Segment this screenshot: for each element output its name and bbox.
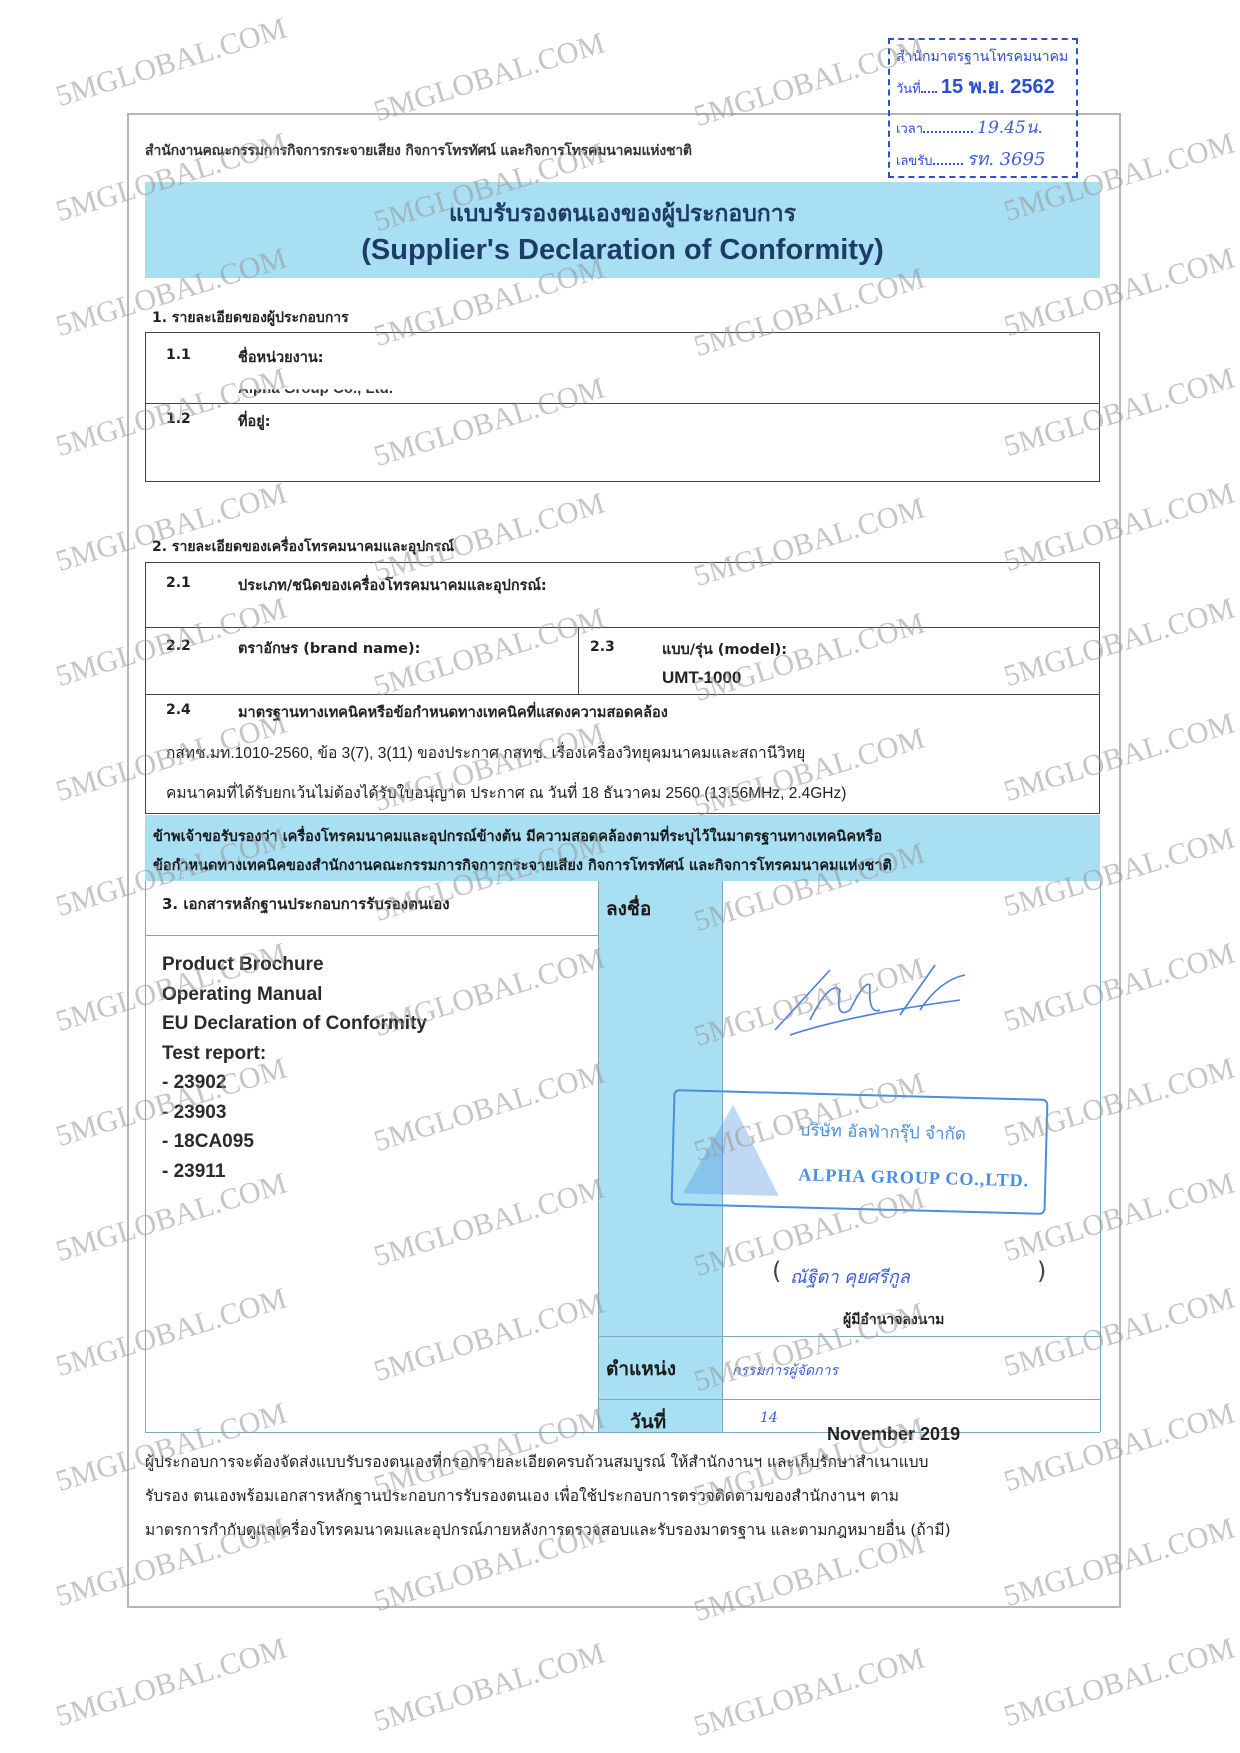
document-item: - 23903 xyxy=(162,1098,427,1128)
divider xyxy=(598,1336,1100,1337)
divider xyxy=(145,627,1100,628)
receipt-number-label: เลขรับ xyxy=(896,154,933,169)
document-item: Test report: xyxy=(162,1039,427,1069)
section2-table xyxy=(145,562,1100,814)
receipt-stamp-header: สำนักมาตรฐานโทรคมนาคม xyxy=(896,46,1068,68)
position-label: ตำแหน่ง xyxy=(606,1354,676,1384)
model-value: UMT-1000 xyxy=(662,668,741,688)
item-1-2-label: ที่อยู่: xyxy=(238,410,271,433)
divider xyxy=(145,935,598,936)
date-label: วันที่ xyxy=(630,1407,666,1437)
standard-line-2: คมนาคมที่ได้รับยกเว้นไม่ต้องได้รับใบอนุญ… xyxy=(166,780,846,805)
watermark: 5MGLOBAL.COM xyxy=(1000,1632,1239,1734)
supporting-documents-list: Product Brochure Operating Manual EU Dec… xyxy=(162,950,427,1186)
item-2-2-label: ตราอักษร (brand name): xyxy=(238,637,420,660)
divider xyxy=(598,1399,1100,1400)
declaration-band: ข้าพเจ้าขอรับรองว่า เครื่องโทรคมนาคมและอ… xyxy=(145,815,1100,881)
authorized-signatory-label: ผู้มีอำนาจลงนาม xyxy=(843,1309,944,1331)
watermark: 5MGLOBAL.COM xyxy=(52,1632,291,1734)
item-2-1-number: 2.1 xyxy=(166,575,191,591)
divider xyxy=(145,881,146,1432)
divider xyxy=(578,627,579,694)
document-item: - 23902 xyxy=(162,1068,427,1098)
company-stamp-english: ALPHA GROUP CO.,LTD. xyxy=(798,1164,1029,1191)
divider xyxy=(145,403,1100,404)
watermark: 5MGLOBAL.COM xyxy=(52,12,291,114)
receipt-stamp: สำนักมาตรฐานโทรคมนาคม วันที่ 15 พ.ย. 256… xyxy=(888,38,1078,178)
footer-line-1: ผู้ประกอบการจะต้องจัดส่งแบบรับรองตนเองที… xyxy=(145,1445,1100,1479)
footer-line-2: รับรอง ตนเองพร้อมเอกสารหลักฐานประกอบการร… xyxy=(145,1479,1100,1513)
item-2-1-label: ประเภท/ชนิดของเครื่องโทรคมนาคมและอุปกรณ์… xyxy=(238,574,547,597)
declaration-line-1: ข้าพเจ้าขอรับรองว่า เครื่องโทรคมนาคมและอ… xyxy=(153,825,882,848)
section3-heading: 3. เอกสารหลักฐานประกอบการรับรองตนเอง xyxy=(162,892,450,916)
document-item: - 18CA095 xyxy=(162,1127,427,1157)
watermark: 5MGLOBAL.COM xyxy=(690,1642,929,1744)
item-1-1-number: 1.1 xyxy=(166,347,191,363)
receipt-time-value: 19.45น. xyxy=(977,118,1043,138)
date-day: 14 xyxy=(760,1410,778,1426)
item-2-3-number: 2.3 xyxy=(590,639,615,655)
item-2-4-number: 2.4 xyxy=(166,702,191,718)
receipt-date-label: วันที่ xyxy=(896,82,921,97)
close-paren: ) xyxy=(1037,1257,1046,1285)
date-month-year: November 2019 xyxy=(827,1424,960,1445)
watermark: 5MGLOBAL.COM xyxy=(370,1637,609,1739)
document-item: - 23911 xyxy=(162,1157,427,1187)
section2-heading: 2. รายละเอียดของเครื่องโทรคมนาคมและอุปกร… xyxy=(152,536,454,558)
document-item: Product Brochure xyxy=(162,950,427,980)
document-item: Operating Manual xyxy=(162,980,427,1010)
agency-header: สำนักงานคณะกรรมการกิจการกระจายเสียง กิจก… xyxy=(145,140,692,162)
footer-line-3: มาตรการกำกับดูแลเครื่องโทรคมนาคมและอุปกร… xyxy=(145,1513,1100,1547)
declaration-line-2: ข้อกำหนดทางเทคนิคของสำนักงานคณะกรรมการกิ… xyxy=(153,854,892,877)
divider xyxy=(145,694,1100,695)
receipt-number-value: รท. 3695 xyxy=(967,149,1046,170)
item-1-2-number: 1.2 xyxy=(166,411,191,427)
shell-logo-icon xyxy=(683,1103,781,1195)
standard-line-1: กสทช.มท.1010-2560, ข้อ 3(7), 3(11) ของปร… xyxy=(166,740,805,765)
receipt-time-label: เวลา xyxy=(896,122,923,137)
divider xyxy=(598,881,599,1432)
document-item: EU Declaration of Conformity xyxy=(162,1009,427,1039)
section1-heading: 1. รายละเอียดของผู้ประกอบการ xyxy=(152,307,349,329)
item-2-4-label: มาตรฐานทางเทคนิคหรือข้อกำหนดทางเทคนิคที่… xyxy=(238,701,668,724)
receipt-date-value: 15 พ.ย. 2562 xyxy=(941,76,1055,98)
title-thai: แบบรับรองตนเองของผู้ประกอบการ xyxy=(145,196,1100,232)
title-band: แบบรับรองตนเองของผู้ประกอบการ (Supplier'… xyxy=(145,182,1100,278)
sign-label: ลงชื่อ xyxy=(606,894,651,924)
position-value: กรรมการผู้จัดการ xyxy=(732,1360,838,1382)
open-paren: ( xyxy=(772,1257,781,1285)
title-english: (Supplier's Declaration of Conformity) xyxy=(145,234,1100,267)
divider xyxy=(1100,881,1101,1432)
item-2-2-number: 2.2 xyxy=(166,638,191,654)
footer-note: ผู้ประกอบการจะต้องจัดส่งแบบรับรองตนเองที… xyxy=(145,1445,1100,1547)
signature-icon xyxy=(770,960,970,1040)
company-stamp-thai: บริษัท อัลฟ่ากรุ๊ป จำกัด xyxy=(799,1116,966,1147)
signer-name: ณัฐิดา คุยศรีกูล xyxy=(790,1262,910,1291)
item-1-1-label: ชื่อหน่วยงาน: xyxy=(238,346,324,369)
item-2-3-label: แบบ/รุ่น (model): xyxy=(662,638,787,661)
company-stamp: บริษัท อัลฟ่ากรุ๊ป จำกัด ALPHA GROUP CO.… xyxy=(671,1089,1049,1215)
